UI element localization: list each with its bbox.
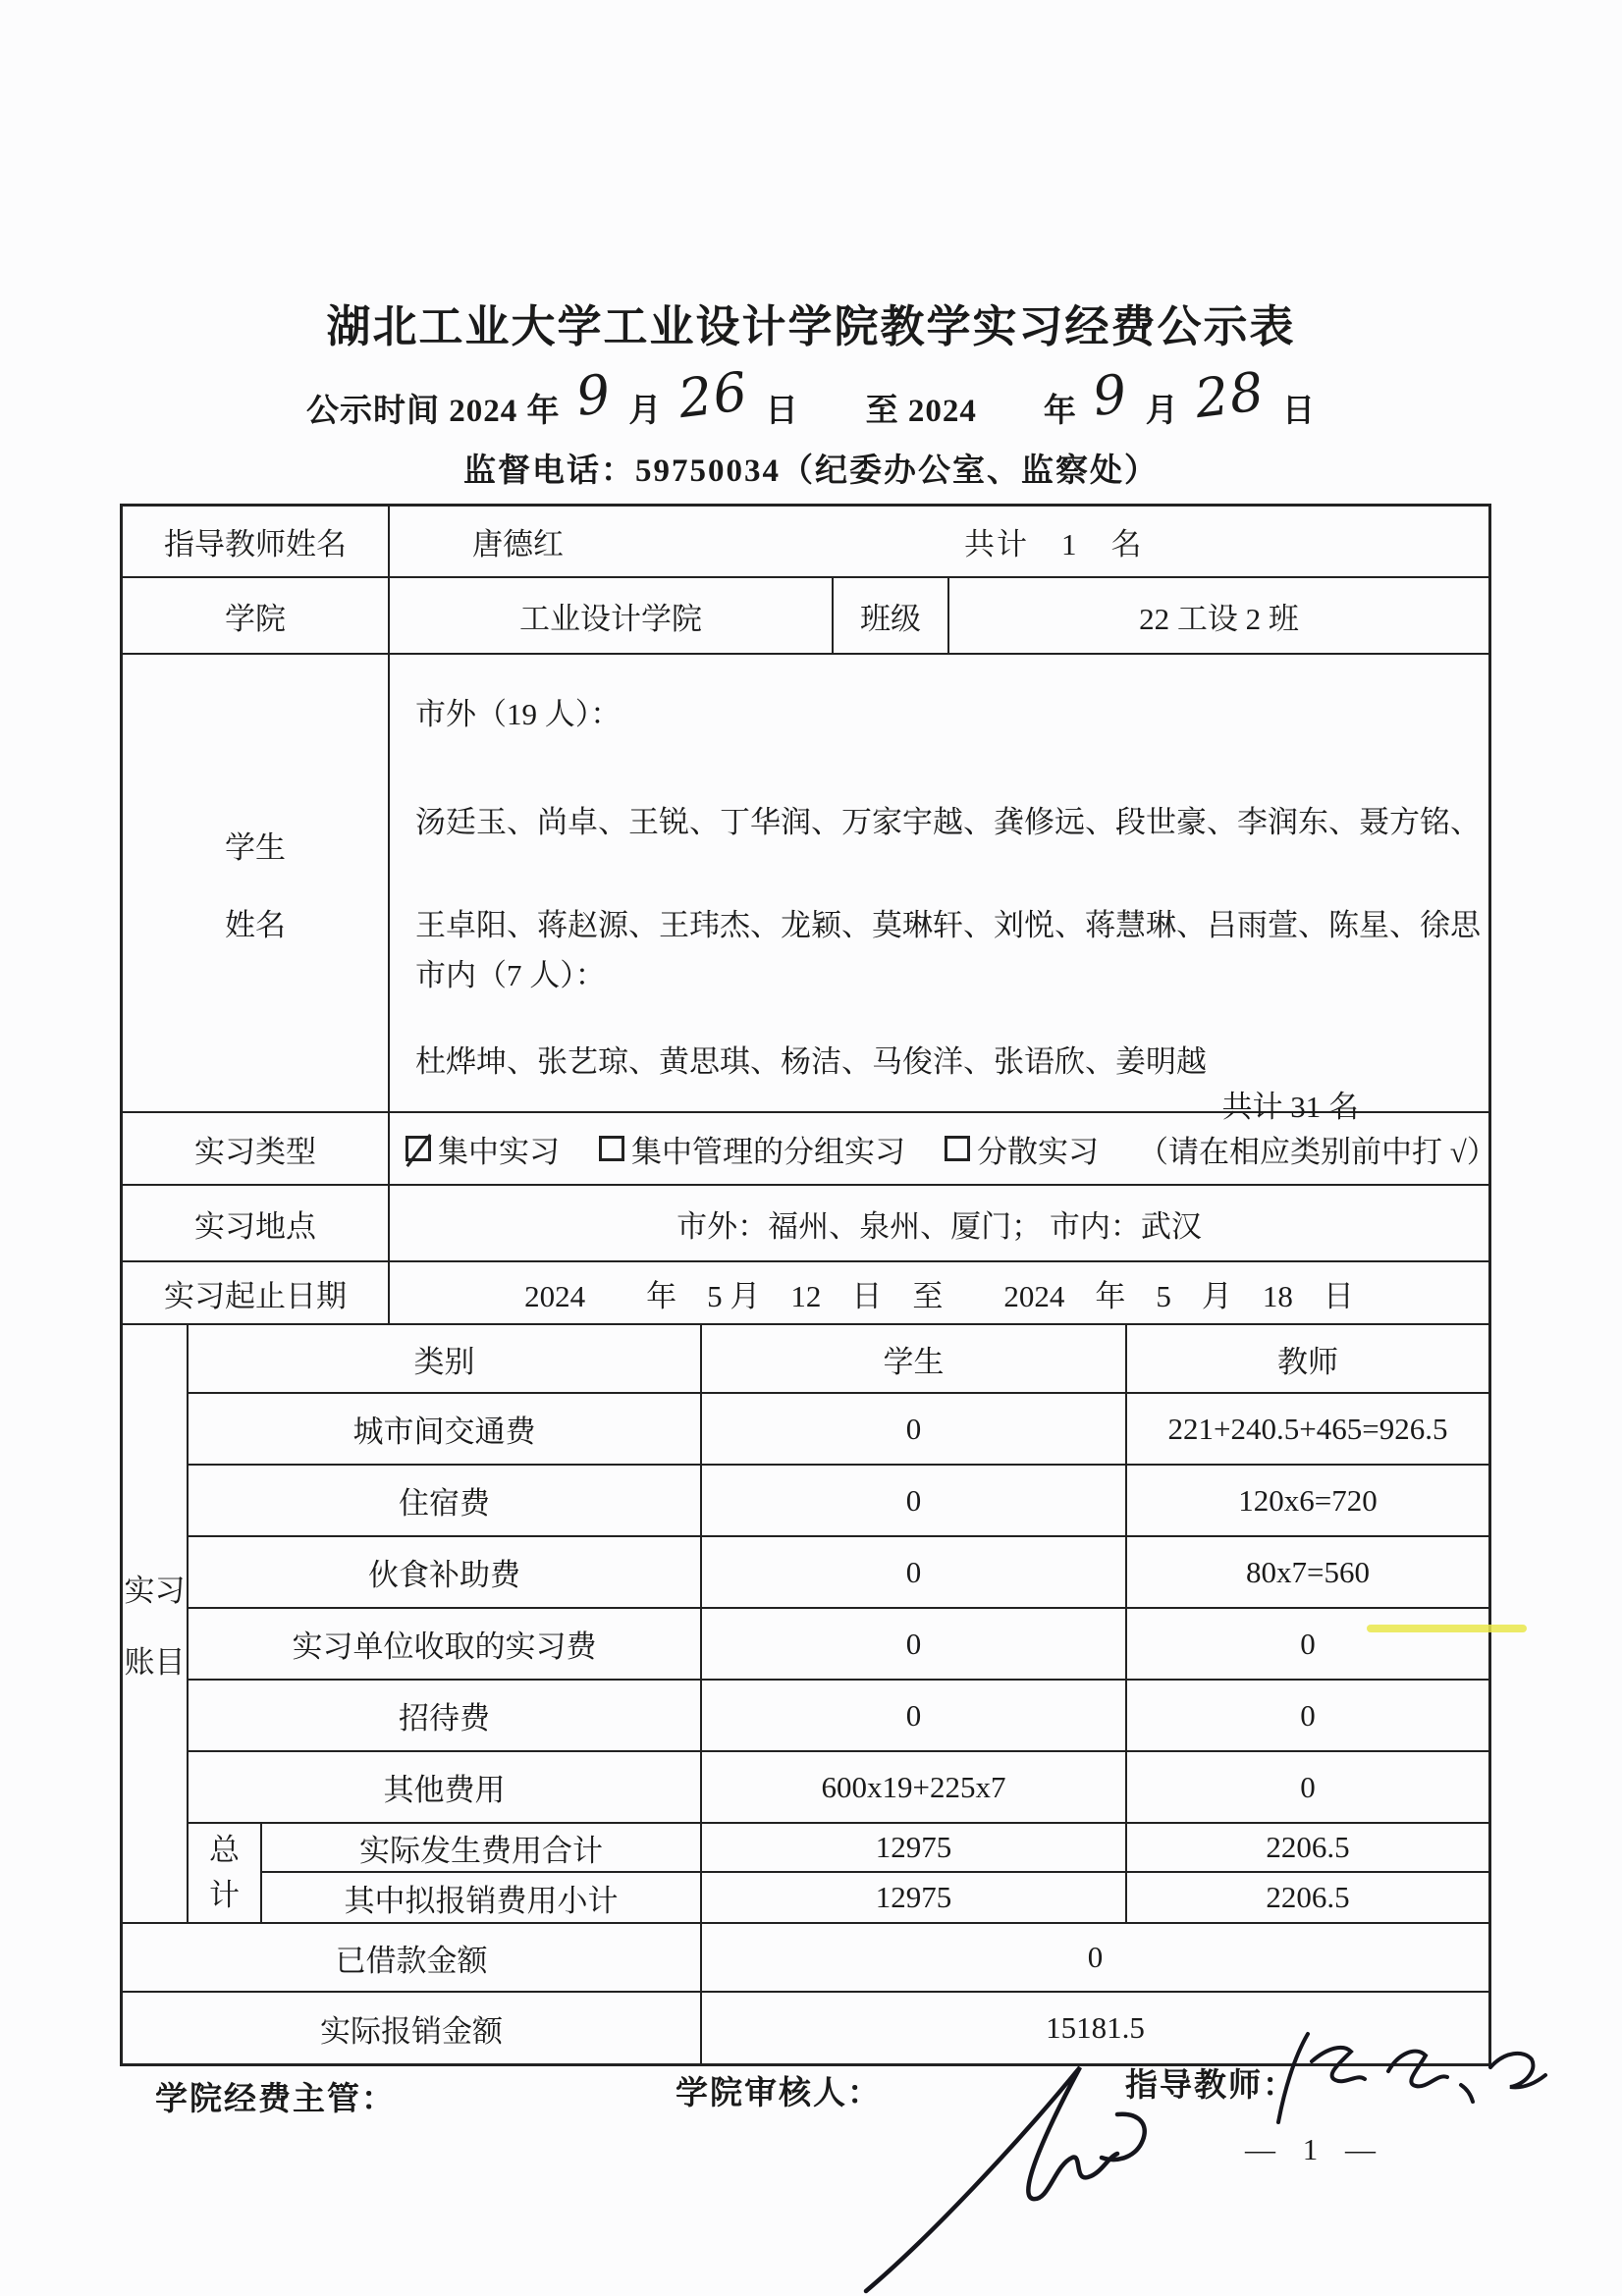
borrowed-value: 0 <box>702 1924 1488 1991</box>
teacher-name: 唐德红 <box>472 519 564 563</box>
account-section: 实习 账目 类别 学生 教师 城市间交通费 0 221+240.5+465=92… <box>123 1325 1488 1924</box>
account-student-value: 0 <box>702 1394 1127 1464</box>
yellow-highlighter-mark <box>1367 1625 1527 1632</box>
teacher-row: 指导教师姓名 唐德红 共计 1 名 <box>123 507 1488 578</box>
account-teacher-value: 120x6=720 <box>1127 1466 1488 1535</box>
totals-label-line2: 计 <box>209 1873 240 1918</box>
totals-side-label: 总 计 <box>189 1824 262 1922</box>
option-grouped-label: 集中管理的分组实习 <box>631 1127 905 1171</box>
account-header-teacher: 教师 <box>1127 1325 1488 1392</box>
students-label-line1: 学生 <box>225 823 286 867</box>
college-label: 学院 <box>123 578 390 653</box>
page-title: 湖北工业大学工业设计学院教学实习经费公示表 <box>0 291 1622 354</box>
option-concentrated: 集中实习 <box>405 1127 560 1171</box>
dates-value: 2024 年 5 月 12 日 至 2024 年 5 月 18 日 <box>390 1262 1488 1323</box>
handwritten-end-day: 28 <box>1195 392 1264 400</box>
publicity-text-5: 日 <box>1282 394 1316 429</box>
account-category: 伙食补助费 <box>189 1537 702 1607</box>
account-teacher-value: 221+240.5+465=926.5 <box>1127 1394 1488 1464</box>
account-teacher-value: 0 <box>1127 1609 1488 1679</box>
total-teacher-value: 2206.5 <box>1127 1873 1488 1922</box>
reimbursed-label: 实际报销金额 <box>123 1993 702 2063</box>
account-row-unit-fee: 实习单位收取的实习费 0 0 <box>189 1609 1488 1681</box>
checkbox-empty-icon <box>599 1136 624 1161</box>
handwritten-end-month: 9 <box>1093 394 1127 398</box>
college-name: 工业设计学院 <box>390 578 834 653</box>
option-concentrated-label: 集中实习 <box>438 1127 560 1171</box>
inside-city-title: 市内（7 人）： <box>415 955 1488 996</box>
account-student-value: 0 <box>702 1609 1127 1679</box>
type-options-cell: 集中实习 集中管理的分组实习 分散实习 （请在相应类别前中打 √） <box>390 1113 1497 1184</box>
handwritten-start-month: 9 <box>576 394 611 398</box>
account-side-label: 实习 账目 <box>123 1325 189 1922</box>
account-row-lodging: 住宿费 0 120x6=720 <box>189 1466 1488 1537</box>
account-side-label-line1: 实习 <box>125 1566 186 1610</box>
option-dispersed: 分散实习 <box>945 1127 1099 1171</box>
account-category: 城市间交通费 <box>189 1394 702 1464</box>
teacher-count: 共计 1 名 <box>964 519 1144 563</box>
account-row-meal: 伙食补助费 0 80x7=560 <box>189 1537 1488 1609</box>
advisor-signature <box>1239 2028 1553 2136</box>
account-side-label-line2: 账目 <box>125 1637 186 1682</box>
publicity-text-2: 月 <box>628 394 662 429</box>
total-student-value: 12975 <box>702 1873 1127 1922</box>
outside-city-title: 市外（19 人）： <box>415 694 1488 735</box>
account-category: 其他费用 <box>189 1752 702 1822</box>
account-category: 住宿费 <box>189 1466 702 1535</box>
account-totals-block: 总 计 实际发生费用合计 12975 2206.5 其中拟报销费用小计 1297… <box>189 1824 1488 1922</box>
college-row: 学院 工业设计学院 班级 22 工设 2 班 <box>123 578 1488 655</box>
borrowed-label: 已借款金额 <box>123 1924 702 1991</box>
students-label: 学生 姓名 <box>123 655 390 1111</box>
account-teacher-value: 0 <box>1127 1681 1488 1750</box>
form-table: 指导教师姓名 唐德红 共计 1 名 学院 工业设计学院 班级 22 工设 2 班… <box>120 504 1491 2066</box>
account-header-category: 类别 <box>189 1325 702 1392</box>
dates-row: 实习起止日期 2024 年 5 月 12 日 至 2024 年 5 月 18 日 <box>123 1262 1488 1325</box>
publicity-text-1: 公示时间 2024 年 <box>306 394 561 429</box>
inside-names-line: 杜烨坤、张艺琼、黄思琪、杨洁、马俊洋、张语欣、姜明越 <box>415 1041 1488 1083</box>
total-category: 实际发生费用合计 <box>262 1824 702 1871</box>
total-row-actual: 实际发生费用合计 12975 2206.5 <box>262 1824 1488 1873</box>
account-student-value: 600x19+225x7 <box>702 1752 1127 1822</box>
total-row-reimbursable: 其中拟报销费用小计 12975 2206.5 <box>262 1873 1488 1922</box>
checkbox-empty-icon <box>945 1136 970 1161</box>
location-value: 市外：福州、泉州、厦门； 市内：武汉 <box>390 1186 1488 1260</box>
totals-main: 实际发生费用合计 12975 2206.5 其中拟报销费用小计 12975 22… <box>262 1824 1488 1922</box>
checkbox-checked-icon <box>405 1136 431 1161</box>
option-dispersed-label: 分散实习 <box>977 1127 1099 1171</box>
publicity-period-line: 公示时间 2024 年 9 月 26 日 至 2024 年 9 月 28 日 <box>0 385 1622 431</box>
location-row: 实习地点 市外：福州、泉州、厦门； 市内：武汉 <box>123 1186 1488 1262</box>
students-label-line2: 姓名 <box>225 900 286 944</box>
account-category: 实习单位收取的实习费 <box>189 1609 702 1679</box>
total-category: 其中拟报销费用小计 <box>262 1873 702 1922</box>
class-label: 班级 <box>834 578 949 653</box>
type-note: （请在相应类别前中打 √） <box>1138 1127 1497 1171</box>
account-header-student: 学生 <box>702 1325 1127 1392</box>
type-label: 实习类型 <box>123 1113 390 1184</box>
option-grouped: 集中管理的分组实习 <box>599 1127 905 1171</box>
account-teacher-value: 0 <box>1127 1752 1488 1822</box>
students-row: 学生 姓名 市外（19 人）： 汤廷玉、尚卓、王锐、丁华润、万家宇越、龚修远、段… <box>123 655 1488 1113</box>
type-row: 实习类型 集中实习 集中管理的分组实习 分散实习 （请在相应类别前中打 √） <box>123 1113 1488 1186</box>
dates-label: 实习起止日期 <box>123 1262 390 1323</box>
total-student-value: 12975 <box>702 1824 1127 1871</box>
handwritten-start-day: 26 <box>678 392 747 400</box>
account-main: 类别 学生 教师 城市间交通费 0 221+240.5+465=926.5 住宿… <box>189 1325 1488 1922</box>
student-names-cell: 市外（19 人）： 汤廷玉、尚卓、王锐、丁华润、万家宇越、龚修远、段世豪、李润东… <box>390 655 1488 1111</box>
account-row-transport: 城市间交通费 0 221+240.5+465=926.5 <box>189 1394 1488 1466</box>
borrowed-row: 已借款金额 0 <box>123 1924 1488 1993</box>
account-student-value: 0 <box>702 1466 1127 1535</box>
total-teacher-value: 2206.5 <box>1127 1824 1488 1871</box>
teacher-label: 指导教师姓名 <box>123 507 390 576</box>
publicity-text-4: 月 <box>1146 394 1179 429</box>
teacher-value-cell: 唐德红 共计 1 名 <box>390 507 1488 576</box>
outside-names-line2: 王卓阳、蒋赵源、王玮杰、龙颖、莫琳轩、刘悦、蒋慧琳、吕雨萱、陈星、徐思 <box>415 905 1488 946</box>
class-name: 22 工设 2 班 <box>949 578 1488 653</box>
publicity-text-3: 日 至 2024 年 <box>766 394 1077 429</box>
reviewer-signature <box>852 2050 1176 2295</box>
outside-names-line1: 汤廷玉、尚卓、王锐、丁华润、万家宇越、龚修远、段世豪、李润东、聂方铭、 <box>415 802 1488 843</box>
account-category: 招待费 <box>189 1681 702 1750</box>
account-teacher-value: 80x7=560 <box>1127 1537 1488 1607</box>
account-row-reception: 招待费 0 0 <box>189 1681 1488 1752</box>
account-student-value: 0 <box>702 1681 1127 1750</box>
account-row-other: 其他费用 600x19+225x7 0 <box>189 1752 1488 1824</box>
totals-label-line1: 总 <box>209 1828 240 1873</box>
fund-manager-label: 学院经费主管： <box>155 2073 396 2119</box>
account-student-value: 0 <box>702 1537 1127 1607</box>
supervision-hotline: 监督电话：59750034（纪委办公室、监察处） <box>0 445 1622 491</box>
reviewer-label: 学院审核人： <box>676 2067 882 2113</box>
page-number: — 1 — <box>1245 2132 1385 2167</box>
location-label: 实习地点 <box>123 1186 390 1260</box>
account-header-row: 类别 学生 教师 <box>189 1325 1488 1394</box>
